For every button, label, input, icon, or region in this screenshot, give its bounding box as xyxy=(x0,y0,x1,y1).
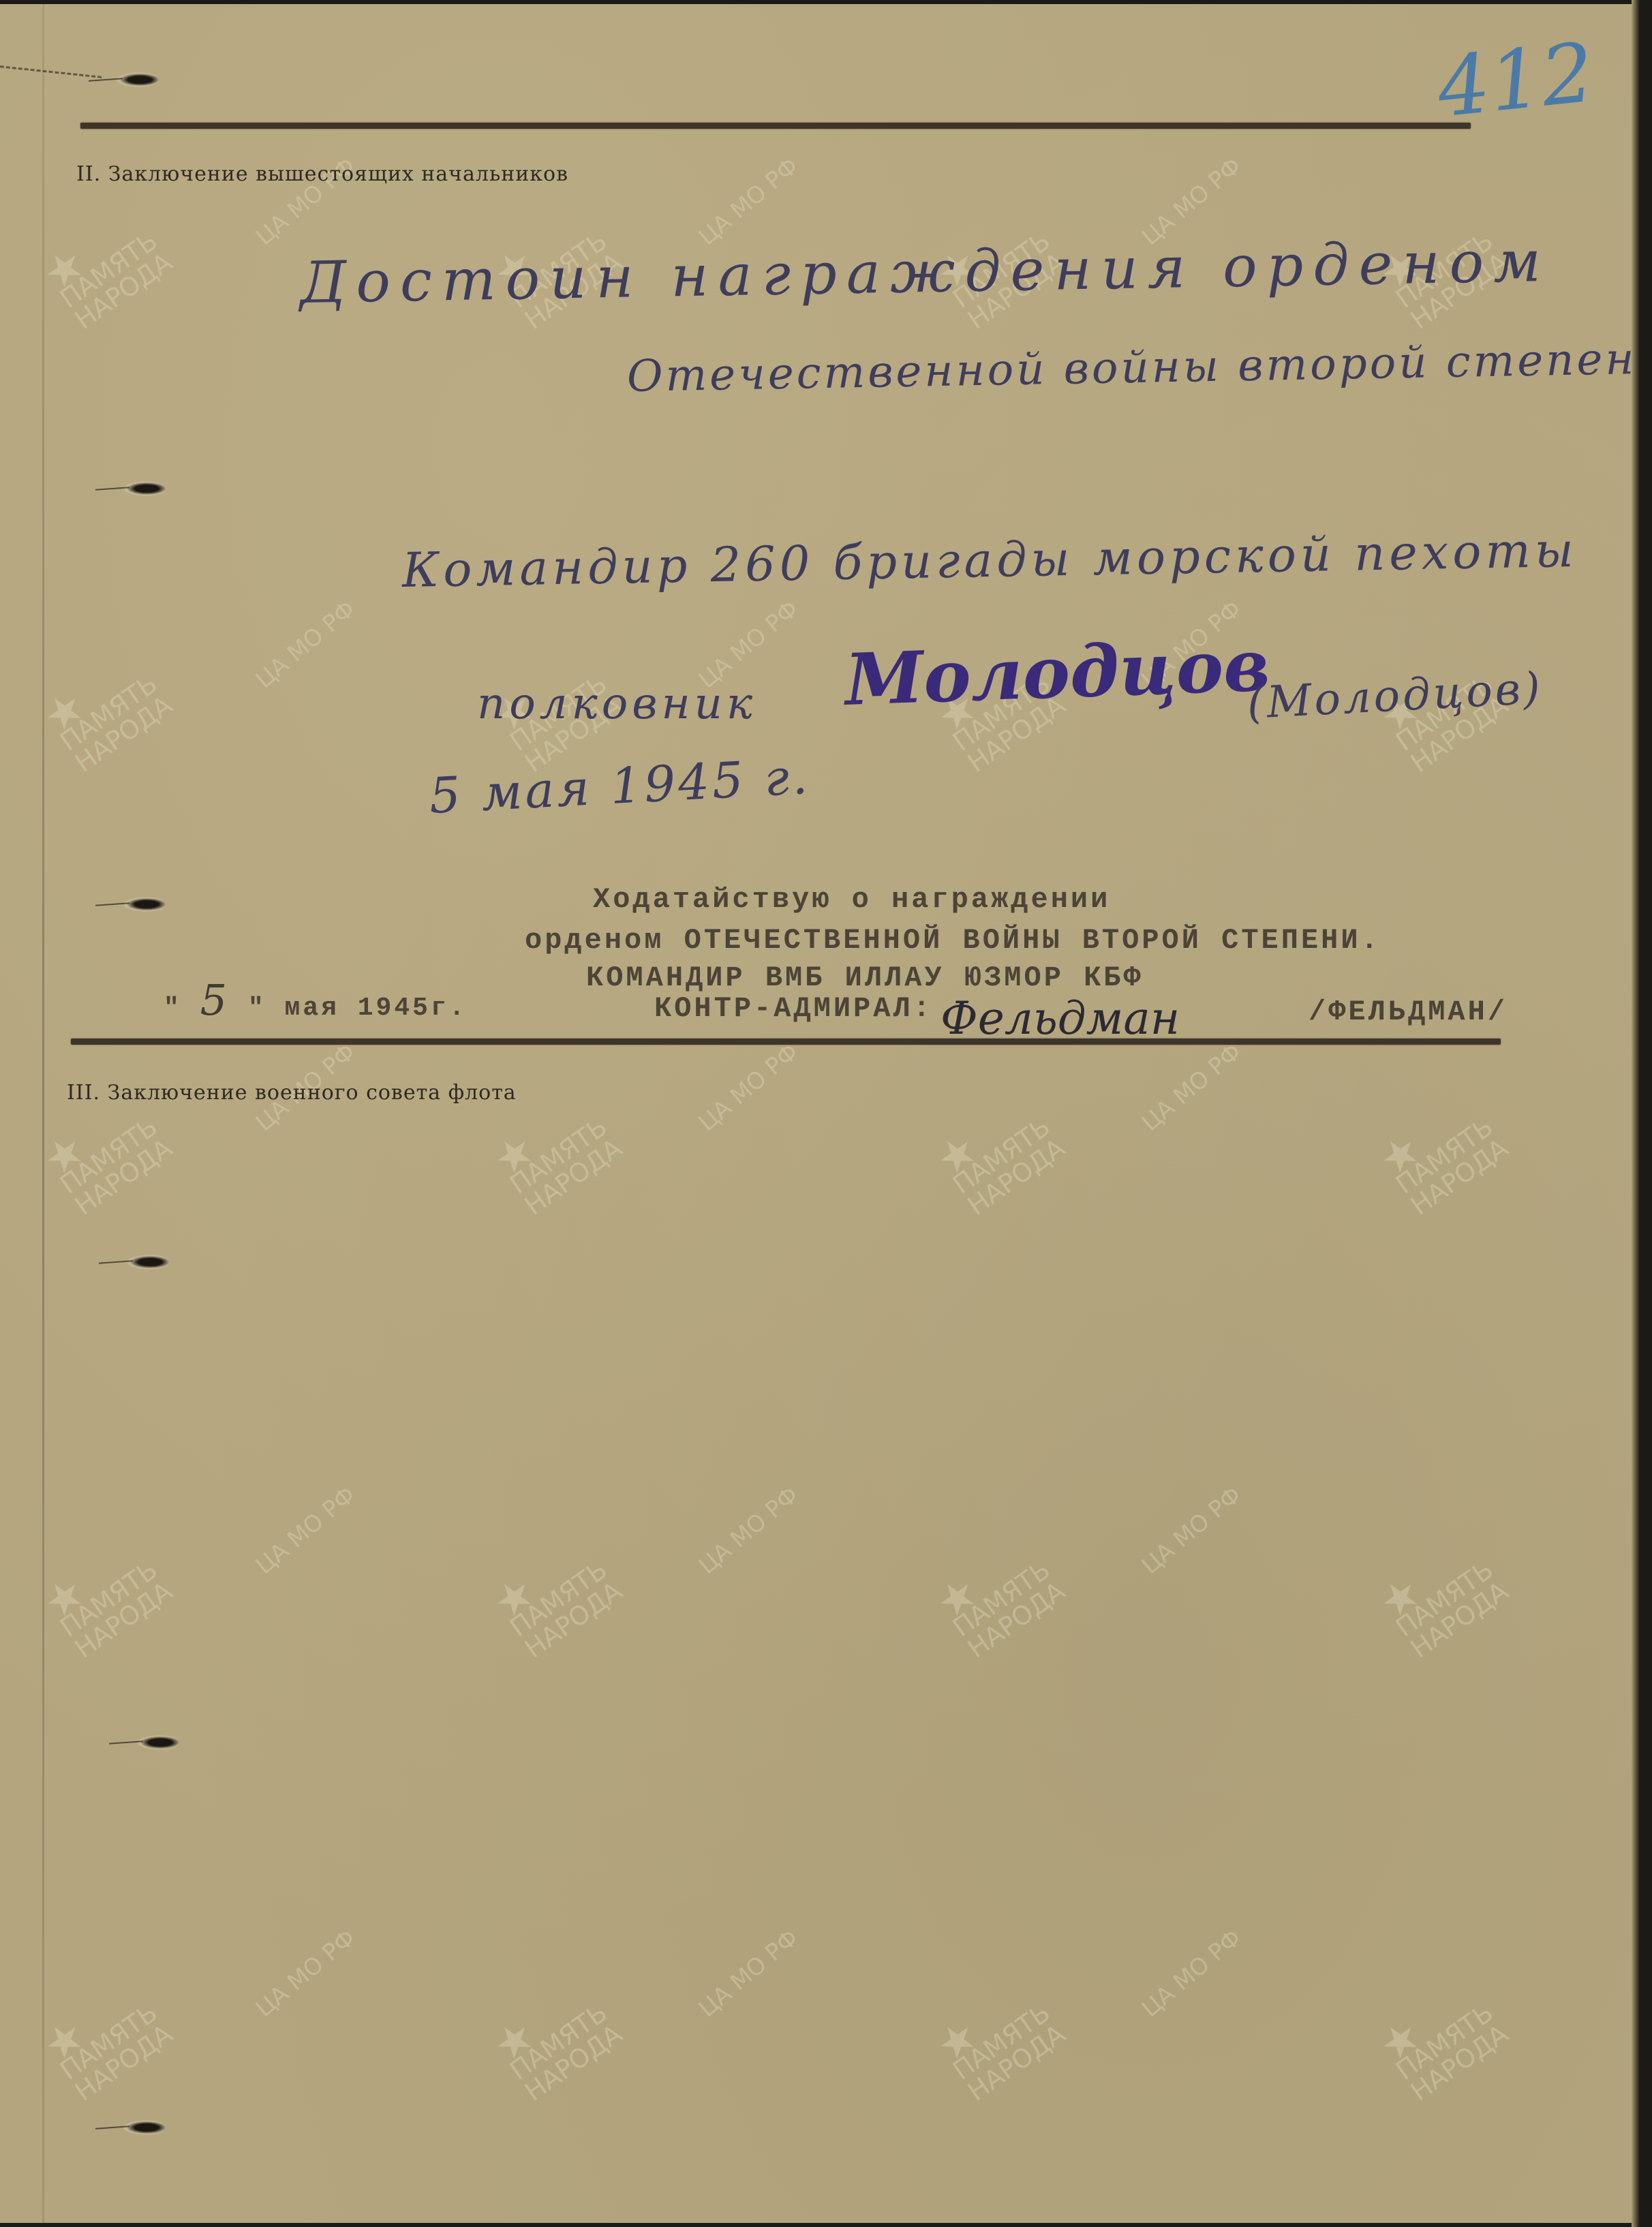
page-number: 412 xyxy=(1433,25,1598,136)
watermark-pamyat-naroda: ★ПАМЯТЬНАРОДА xyxy=(1377,1092,1512,1219)
punch-hole xyxy=(123,2120,166,2135)
watermark-tsamo: ЦА МО РФ xyxy=(251,1481,361,1580)
punch-hole xyxy=(116,72,159,87)
date-day: 5 xyxy=(200,975,230,1025)
watermark-pamyat-naroda: ★ПАМЯТЬНАРОДА xyxy=(491,1092,626,1219)
watermark-tsamo: ЦА МО РФ xyxy=(251,1924,361,2023)
watermark-tsamo: ЦА МО РФ xyxy=(1137,1924,1246,2023)
section-2-heading: II. Заключение вышестоящих начальников xyxy=(76,162,568,186)
section-divider xyxy=(71,1039,1501,1045)
watermark-pamyat-naroda: ★ПАМЯТЬНАРОДА xyxy=(41,1092,177,1219)
watermark-tsamo: ЦА МО РФ xyxy=(251,596,361,694)
watermark-pamyat-naroda: ★ПАМЯТЬНАРОДА xyxy=(934,1535,1069,1662)
punch-hole xyxy=(126,1255,170,1270)
watermark-pamyat-naroda: ★ПАМЯТЬНАРОДА xyxy=(491,1535,626,1662)
commander-name: (Молодцов) xyxy=(1246,663,1544,729)
handwritten-line-3: Командир 260 бригады морской пехоты xyxy=(401,522,1578,598)
star-icon: ★ xyxy=(1377,1092,1482,1177)
watermark-pamyat-naroda: ★ПАМЯТЬНАРОДА xyxy=(1377,1978,1512,2105)
date-rest: мая 1945г. xyxy=(285,994,468,1023)
watermark-pamyat-naroda: ★ПАМЯТЬНАРОДА xyxy=(934,1092,1069,1219)
date-quote-open: " xyxy=(164,994,182,1023)
fold-line xyxy=(42,4,44,2223)
watermark-pamyat-naroda: ★ПАМЯТЬНАРОДА xyxy=(41,1978,177,2105)
watermark-pamyat-naroda: ★ПАМЯТЬНАРОДА xyxy=(41,206,177,333)
star-icon: ★ xyxy=(1377,1535,1482,1620)
star-icon: ★ xyxy=(41,206,147,291)
punch-hole xyxy=(123,897,166,912)
tear-mark xyxy=(0,59,102,78)
star-icon: ★ xyxy=(491,1535,596,1620)
star-icon: ★ xyxy=(41,1092,147,1177)
star-icon: ★ xyxy=(1377,1978,1482,2063)
resolution-line-4: КОНТР-АДМИРАЛ: xyxy=(654,992,933,1025)
star-icon: ★ xyxy=(491,1978,596,2063)
watermark-pamyat-naroda: ★ПАМЯТЬНАРОДА xyxy=(934,1978,1069,2105)
punch-hole xyxy=(123,481,166,496)
watermark-tsamo: ЦА МО РФ xyxy=(694,1039,804,1137)
star-icon: ★ xyxy=(934,1978,1039,2063)
punch-hole xyxy=(136,1735,180,1750)
watermark-pamyat-naroda: ★ПАМЯТЬНАРОДА xyxy=(41,1535,177,1662)
resolution-line-3: КОМАНДИР ВМБ ИЛЛАУ ЮЗМОР КБФ xyxy=(586,962,1144,994)
resolution-date: " 5 " мая 1945г. xyxy=(164,975,468,1025)
document-page: ★ПАМЯТЬНАРОДА ★ПАМЯТЬНАРОДА ★ПАМЯТЬНАРОД… xyxy=(0,4,1642,2223)
admiral-signature: Фельдман xyxy=(940,992,1180,1045)
watermark-tsamo: ЦА МО РФ xyxy=(694,153,804,251)
watermark-tsamo: ЦА МО РФ xyxy=(1137,1481,1246,1580)
page-edge xyxy=(1632,0,1652,2227)
watermark-tsamo: ЦА МО РФ xyxy=(1137,1039,1246,1137)
top-rule xyxy=(80,123,1471,129)
resolution-line-2: орденом ОТЕЧЕСТВЕННОЙ ВОЙНЫ ВТОРОЙ СТЕПЕ… xyxy=(525,924,1381,957)
star-icon: ★ xyxy=(491,1092,596,1177)
handwritten-date: 5 мая 1945 г. xyxy=(428,748,812,825)
handwritten-rank: полковник xyxy=(477,679,756,729)
commander-signature: Молодцов xyxy=(844,623,1271,722)
star-icon: ★ xyxy=(41,1535,147,1620)
resolution-line-1: Ходатайствую о награждении xyxy=(593,883,1110,916)
date-quote-close: " xyxy=(248,994,266,1023)
section-3-heading: III. Заключение военного совета флота xyxy=(67,1081,517,1105)
star-icon: ★ xyxy=(41,1978,147,2063)
admiral-name: /ФЕЛЬДМАН/ xyxy=(1309,996,1508,1028)
handwritten-line-1: Достоин награждения орденом xyxy=(299,228,1550,316)
watermark-pamyat-naroda: ★ПАМЯТЬНАРОДА xyxy=(1377,1535,1512,1662)
star-icon: ★ xyxy=(934,1535,1039,1620)
star-icon: ★ xyxy=(41,649,147,734)
watermark-pamyat-naroda: ★ПАМЯТЬНАРОДА xyxy=(41,649,177,776)
watermark-tsamo: ЦА МО РФ xyxy=(694,1481,804,1580)
watermark-tsamo: ЦА МО РФ xyxy=(694,1924,804,2023)
handwritten-line-2: Отечественной войны второй степени, xyxy=(626,333,1642,402)
watermark-pamyat-naroda: ★ПАМЯТЬНАРОДА xyxy=(491,1978,626,2105)
star-icon: ★ xyxy=(934,1092,1039,1177)
